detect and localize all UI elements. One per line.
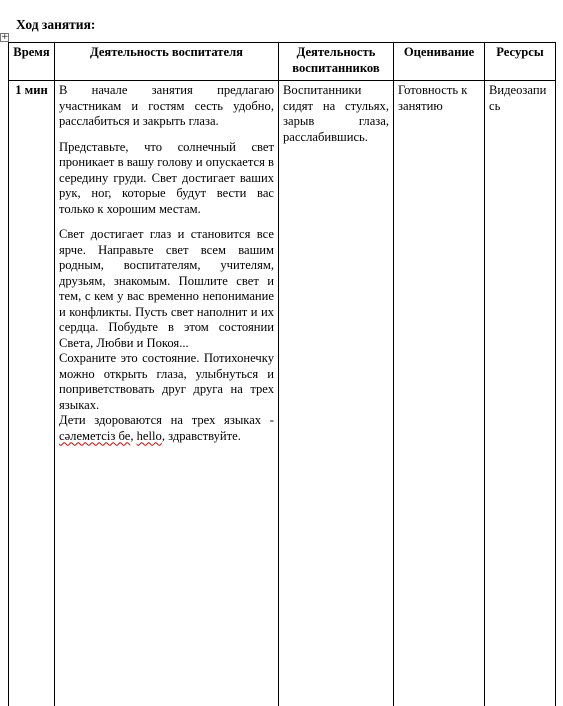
- section-heading: Ход занятия:: [16, 17, 95, 33]
- cell-time: 1 мин: [9, 81, 55, 706]
- header-assessment: Оценивание: [394, 43, 485, 81]
- cell-resources: Видеозапись: [485, 81, 556, 706]
- cell-assessment: Готовность к занятию: [394, 81, 485, 706]
- greeting-russian: , здравствуйте.: [162, 429, 241, 443]
- header-teacher-activity: Деятельность воспитателя: [55, 43, 279, 81]
- table-header-row: Время Деятельность воспитателя Деятельно…: [9, 43, 556, 81]
- teacher-paragraph-2: Представьте, что солнечный свет проникае…: [59, 140, 274, 218]
- table-move-handle-icon[interactable]: +: [0, 33, 9, 42]
- cell-student-activity: Воспитанники сидят на стульях, зарыв гла…: [279, 81, 394, 706]
- greeting-kazakh: сәлеметсіз бе: [59, 429, 130, 443]
- teacher-paragraph-5: Дети здороваются на трех языках - сәлеме…: [59, 413, 274, 444]
- teacher-paragraph-3: Свет достигает глаз и становится все ярч…: [59, 227, 274, 351]
- greeting-intro: Дети здороваются на трех языках -: [59, 413, 274, 427]
- greeting-english: hello: [137, 429, 162, 443]
- cell-teacher-activity: В начале занятия предлагаю участникам и …: [55, 81, 279, 706]
- teacher-paragraph-4: Сохраните это состояние. Потихонечку мож…: [59, 351, 274, 413]
- table-row: 1 мин В начале занятия предлагаю участни…: [9, 81, 556, 706]
- header-student-activity: Деятельность воспитанников: [279, 43, 394, 81]
- header-time: Время: [9, 43, 55, 81]
- teacher-paragraph-1: В начале занятия предлагаю участникам и …: [59, 83, 274, 130]
- lesson-plan-table: Время Деятельность воспитателя Деятельно…: [8, 42, 556, 706]
- header-resources: Ресурсы: [485, 43, 556, 81]
